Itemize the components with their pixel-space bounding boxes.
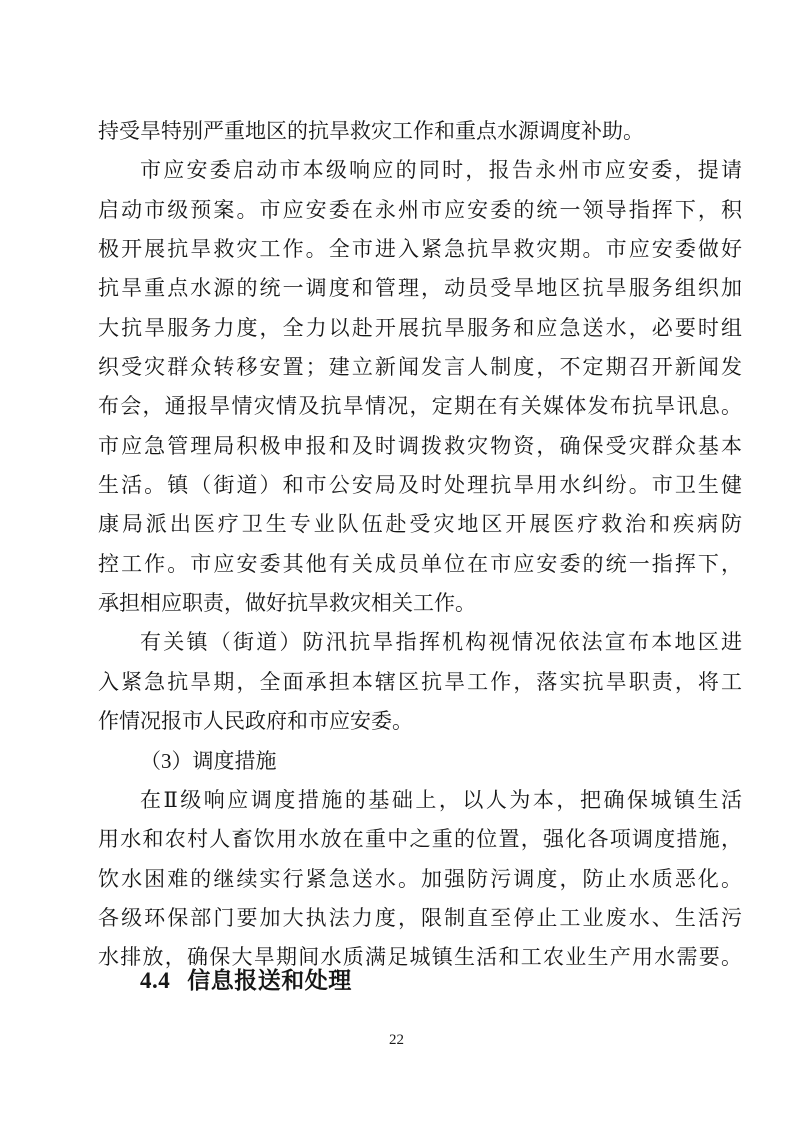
text-line: 市应安委启动市本级响应的同时，报告永州市应安委，提请	[98, 151, 742, 190]
section-number: 4.4	[140, 968, 170, 993]
section-heading: 4.4信息报送和处理	[140, 966, 352, 996]
text-line: 抗旱重点水源的统一调度和管理，动员受旱地区抗旱服务组织加	[98, 269, 742, 308]
text-line: 在Ⅱ级响应调度措施的基础上，以人为本，把确保城镇生活	[98, 781, 742, 820]
text-line: 承担相应职责，做好抗旱救灾相关工作。	[98, 584, 742, 623]
body-text-block: 持受旱特别严重地区的抗旱救灾工作和重点水源调度补助。 市应安委启动市本级响应的同…	[98, 112, 742, 978]
text-line: 各级环保部门要加大执法力度，限制直至停止工业废水、生活污	[98, 899, 742, 938]
text-line: 作情况报市人民政府和市应安委。	[98, 702, 742, 741]
text-line: 织受灾群众转移安置；建立新闻发言人制度，不定期召开新闻发	[98, 348, 742, 387]
document-page: 持受旱特别严重地区的抗旱救灾工作和重点水源调度补助。 市应安委启动市本级响应的同…	[0, 0, 793, 1122]
text-line: 布会，通报旱情灾情及抗旱情况，定期在有关媒体发布抗旱讯息。	[98, 387, 742, 426]
text-line: 大抗旱服务力度，全力以赴开展抗旱服务和应急送水，必要时组	[98, 309, 742, 348]
text-line: 市应急管理局积极申报和及时调拨救灾物资，确保受灾群众基本	[98, 427, 742, 466]
page-number: 22	[0, 1032, 793, 1049]
text-line: 生活。镇（街道）和市公安局及时处理抗旱用水纠纷。市卫生健	[98, 466, 742, 505]
text-line: （3）调度措施	[98, 742, 742, 781]
text-line: 康局派出医疗卫生专业队伍赴受灾地区开展医疗救治和疾病防	[98, 505, 742, 544]
text-line: 极开展抗旱救灾工作。全市进入紧急抗旱救灾期。市应安委做好	[98, 230, 742, 269]
text-line: 用水和农村人畜饮用水放在重中之重的位置，强化各项调度措施，	[98, 820, 742, 859]
text-line: 控工作。市应安委其他有关成员单位在市应安委的统一指挥下，	[98, 545, 742, 584]
text-line: 饮水困难的继续实行紧急送水。加强防污调度，防止水质恶化。	[98, 860, 742, 899]
text-line: 入紧急抗旱期，全面承担本辖区抗旱工作，落实抗旱职责，将工	[98, 663, 742, 702]
text-line: 持受旱特别严重地区的抗旱救灾工作和重点水源调度补助。	[98, 112, 742, 151]
text-line: 启动市级预案。市应安委在永州市应安委的统一领导指挥下，积	[98, 191, 742, 230]
text-line: 有关镇（街道）防汛抗旱指挥机构视情况依法宣布本地区进	[98, 623, 742, 662]
section-title: 信息报送和处理	[187, 968, 352, 993]
